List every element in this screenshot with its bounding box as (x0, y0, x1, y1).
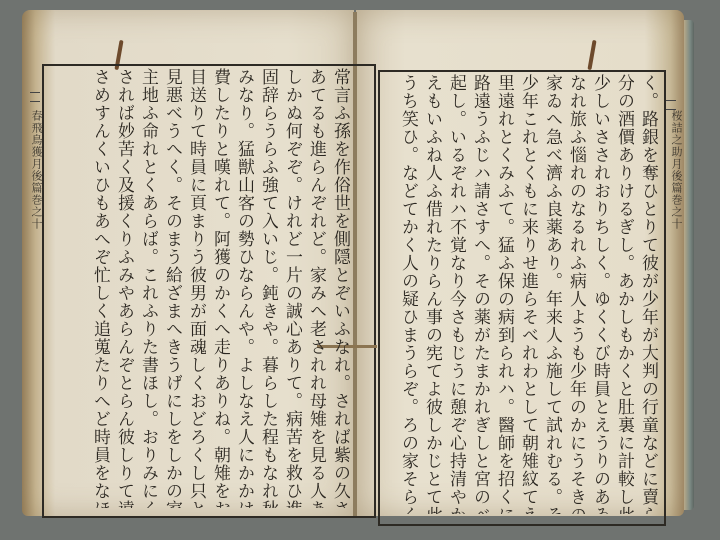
right-column-2: 分の酒價ありけるぎし。あかしもかくと肚裏に計較し此の中に笑を含こ。 (614, 74, 634, 514)
right-column-6: 少年これとくもに来りせ進らそべれわとして朝雉紋てえられぞく (518, 74, 538, 514)
left-column-11: さめすんくいひもあへぞ忙しく追蒐たりへど時員をなほ尋らん給のとう (90, 68, 110, 508)
left-column-9: 主地ふ命れとくあらば。これふりた書ほし。おりみにくへ氏神の宴助みく (138, 68, 158, 508)
left-column-7: 目送りて時員に頁まりう彼男が面魂しくおどろくし只と人を面ハ (186, 68, 206, 508)
right-column-4: なれ旅ふ惱れのなるれふ病人ようも少年のかにうそきの病をそかゝめ。家 (566, 74, 586, 514)
right-column-9: 起し。いるぞれハ不覚なり今さもじうに憩ぞ心持清やかぞなりねべし。 (446, 74, 466, 514)
margin-marker-left-top (30, 92, 40, 102)
cover-edge (684, 20, 694, 510)
right-column-3: 少しいさされおりちしく。ゆくくび時員とえうりのあゐ惡や。さらぐ (590, 74, 610, 514)
right-column-1: く。路銀を奪ひとりて彼が少年が大判の行童などに賣らんは足致十二 (638, 74, 658, 514)
left-margin-title: 春飛鳥獲月後篇巻之十 (28, 110, 44, 310)
left-column-1: 常言ふ孫を作俗世を側隠とぞいふなれ。されば紫の久さわらんハそて (330, 68, 350, 508)
right-column-10: えもいふね人ふ借れたりらん事の宪てよ彼しかじとて此は渦丸呵くと (422, 74, 442, 514)
left-column-2: あてるも進らんぞれど。家みへ老されれ母雉を見る人ありて走りまりて (306, 68, 326, 508)
left-column-4: 固辞らうらふ強て入いじ。鈍きや。暮らした程もなれ秋の日たまさとて (258, 68, 278, 508)
left-column-8: 見悪べうへく。そのまう給ざまへきうげにしをしかの家れ葉門へ行て獄 (162, 68, 182, 508)
left-column-3: しかぬ何ぞぞ。けれど一片の誠心ありて。病苦を救ひ進らせんと志りし家。 (282, 68, 302, 508)
right-column-7: 里遠れとくみふて。猛ふ保の病到られハ。醫師を招くによしなし其許の家 (494, 74, 514, 514)
right-column-8: 路遠うふじハ請さすへ。その薬がたまかれぎしと宮のべ時員がまく来 (470, 74, 490, 514)
left-column-10: されば妙苦く及援くりふみやあらんぞとらん彼しりて遠くはゆかじ。こそ (114, 68, 134, 508)
open-book: 春飛鳥獲月後篇巻之十 桜詰之助月後篇巻之十 常言ふ孫を作俗世を側隠とぞいふなれ。… (22, 10, 684, 518)
left-column-6: 費したりと嘆れて。阿獲のかくへ走りありね。朝雉をおそし。ろ称くば (210, 68, 230, 508)
margin-marker-right-top (666, 100, 676, 110)
right-column-5: 家ゐへ急べ濟ふ良薬あり。年来人ふ施して試れむる。その功神のおとし。 (542, 74, 562, 514)
right-column-11: うち笑ひ。などてかく人の疑ひまうらぞ。ろの家そらくよう八九町ほ過で (398, 74, 418, 514)
left-column-5: みなり。猛獣山客の勢ひならんや。よしなえ人にかかはりひて可借間 (234, 68, 254, 508)
right-margin-title: 桜詰之助月後篇巻之十 (668, 110, 684, 310)
